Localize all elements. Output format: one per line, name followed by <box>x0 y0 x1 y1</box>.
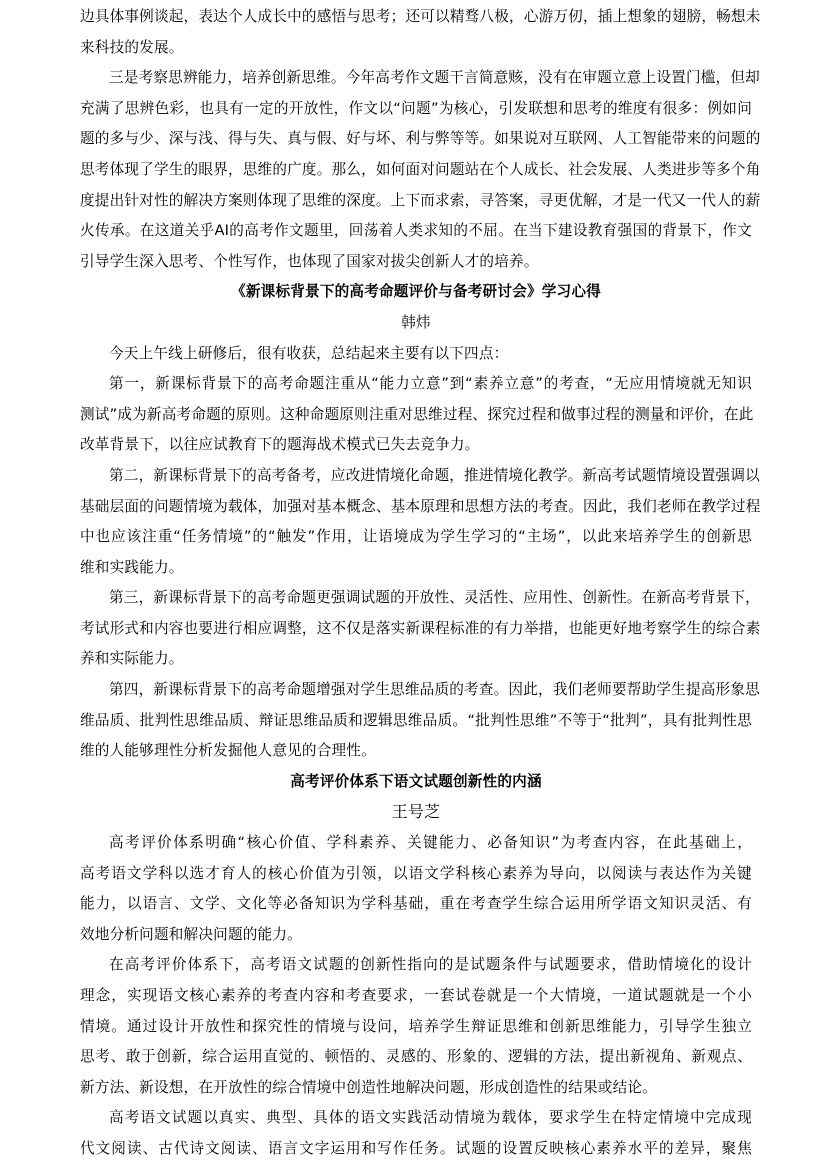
text-line: 维和实践能力。 <box>80 553 752 584</box>
text-line: 三是考察思辨能力，培养创新思维。今年高考作文题干言简意赅，没有在审题立意上设置门… <box>80 63 752 94</box>
text-line: 改革背景下，以往应试教育下的题海战术模式已失去竞争力。 <box>80 430 752 461</box>
text-line: 新方法、新设想，在开放性的综合情境中创造性地解决问题，形成创造性的结果或结论。 <box>80 1073 752 1104</box>
text-line: 思考体现了学生的眼界，思维的广度。那么，如何面对问题站在个人成长、社会发展、人类… <box>80 155 752 186</box>
paragraph-evaluation-system: 高考评价体系明确“核心价值、学科素养、关键能力、必备知识”为考查内容，在此基础上… <box>80 828 752 950</box>
text-line: 思考、敢于创新，综合运用直觉的、顿悟的、灵感的、形象的、逻辑的方法，提出新视角、… <box>80 1042 752 1073</box>
text-line: 维的人能够理性分析发掘他人意见的合理性。 <box>80 736 752 767</box>
text-line: 在高考评价体系下，高考语文试题的创新性指向的是试题条件与试题要求，借助情境化的设… <box>80 950 752 981</box>
text-line: 代文阅读、古代诗文阅读、语言文字运用和写作任务。试题的设置反映核心素养水平的差异… <box>80 1134 752 1165</box>
text-line: 能力，以语言、文学、文化等必备知识为学科基础，重在考查学生综合运用所学语文知识灵… <box>80 889 752 920</box>
text-line: 第四，新课标背景下的高考命题增强对学生思维品质的考查。因此，我们老师要帮助学生提… <box>80 675 752 706</box>
text-line: 今天上午线上研修后，很有收获，总结起来主要有以下四点： <box>80 339 752 370</box>
paragraph-point-one: 第一，新课标背景下的高考命题注重从“能力立意”到“素养立意”的考查，“无应用情境… <box>80 369 752 461</box>
paragraph-innovation-direction: 在高考评价体系下，高考语文试题的创新性指向的是试题条件与试题要求，借助情境化的设… <box>80 950 752 1103</box>
paragraph-intro: 今天上午线上研修后，很有收获，总结起来主要有以下四点： <box>80 339 752 370</box>
text-line: 考试形式和内容也要进行相应调整，这不仅是落实新课程标准的有力举措，也能更好地考察… <box>80 614 752 645</box>
text-line: 基础层面的问题情境为载体，加强对基本概念、基本原理和思想方法的考查。因此，我们老… <box>80 492 752 523</box>
paragraph-point-four: 第四，新课标背景下的高考命题增强对学生思维品质的考查。因此，我们老师要帮助学生提… <box>80 675 752 767</box>
section-heading-seminar: 《新课标背景下的高考命题评价与备考研讨会》学习心得 <box>80 277 752 308</box>
paragraph-point-three: 第三，新课标背景下的高考命题更强调试题的开放性、灵活性、应用性、创新性。在新高考… <box>80 583 752 675</box>
text-line: 情境。通过设计开放性和探究性的情境与设问，培养学生辩证思维和创新思维能力，引导学… <box>80 1012 752 1043</box>
text-line: 度提出针对性的解决方案则体现了思维的深度。上下而求索，寻答案，寻更优解，才是一代… <box>80 186 752 217</box>
text-line: 来科技的发展。 <box>80 33 752 64</box>
text-line: 引导学生深入思考、个性写作，也体现了国家对拔尖创新人才的培养。 <box>80 247 752 278</box>
text-line: 火传承。在这道关乎AI的高考作文题里，回荡着人类求知的不屈。在当下建设教育强国的… <box>80 216 752 247</box>
document-page: 边具体事例谈起，表达个人成长中的感悟与思考；还可以精骛八极，心游万仞，插上想象的… <box>80 2 752 1165</box>
paragraph-point-two: 第二，新课标背景下的高考备考，应改进情境化命题，推进情境化教学。新高考试题情境设… <box>80 461 752 583</box>
text-line: 中也应该注重“任务情境”的“触发”作用，让语境成为学生学习的“主场”，以此来培养… <box>80 522 752 553</box>
text-line: 边具体事例谈起，表达个人成长中的感悟与思考；还可以精骛八极，心游万仞，插上想象的… <box>80 2 752 33</box>
text-line: 第一，新课标背景下的高考命题注重从“能力立意”到“素养立意”的考查，“无应用情境… <box>80 369 752 400</box>
text-line: 高考语文学科以选才育人的核心价值为引领，以语文学科核心素养为导向，以阅读与表达作… <box>80 859 752 890</box>
text-line: 第三，新课标背景下的高考命题更强调试题的开放性、灵活性、应用性、创新性。在新高考… <box>80 583 752 614</box>
text-line: 第二，新课标背景下的高考备考，应改进情境化命题，推进情境化教学。新高考试题情境设… <box>80 461 752 492</box>
text-line: 效地分析问题和解决问题的能力。 <box>80 920 752 951</box>
section-heading-innovation: 高考评价体系下语文试题创新性的内涵 <box>80 767 752 798</box>
text-line: 养和实际能力。 <box>80 644 752 675</box>
text-line: 理念，实现语文核心素养的考查内容和考查要求，一套试卷就是一个大情境，一道试题就是… <box>80 981 752 1012</box>
text-line: 题的多与少、深与浅、得与失、真与假、好与坏、利与弊等等。如果说对互联网、人工智能… <box>80 124 752 155</box>
paragraph-continuation: 边具体事例谈起，表达个人成长中的感悟与思考；还可以精骛八极，心游万仞，插上想象的… <box>80 2 752 63</box>
text-line: 高考语文试题以真实、典型、具体的语文实践活动情境为载体，要求学生在特定情境中完成… <box>80 1103 752 1134</box>
text-line: 充满了思辨色彩，也具有一定的开放性，作文以“问题”为核心，引发联想和思考的维度有… <box>80 94 752 125</box>
text-line: 维品质、批判性思维品质、辩证思维品质和逻辑思维品质。“批判性思维”不等于“批判”… <box>80 706 752 737</box>
paragraph-practice-context: 高考语文试题以真实、典型、具体的语文实践活动情境为载体，要求学生在特定情境中完成… <box>80 1103 752 1164</box>
paragraph-critical-thinking: 三是考察思辨能力，培养创新思维。今年高考作文题干言简意赅，没有在审题立意上设置门… <box>80 63 752 277</box>
author-name-hanwei: 韩炜 <box>80 308 752 339</box>
text-line: 测试”成为新高考命题的原则。这种命题原则注重对思维过程、探究过程和做事过程的测量… <box>80 400 752 431</box>
text-line: 高考评价体系明确“核心价值、学科素养、关键能力、必备知识”为考查内容，在此基础上… <box>80 828 752 859</box>
author-name-wanghaozhi: 王号芝 <box>80 797 752 828</box>
